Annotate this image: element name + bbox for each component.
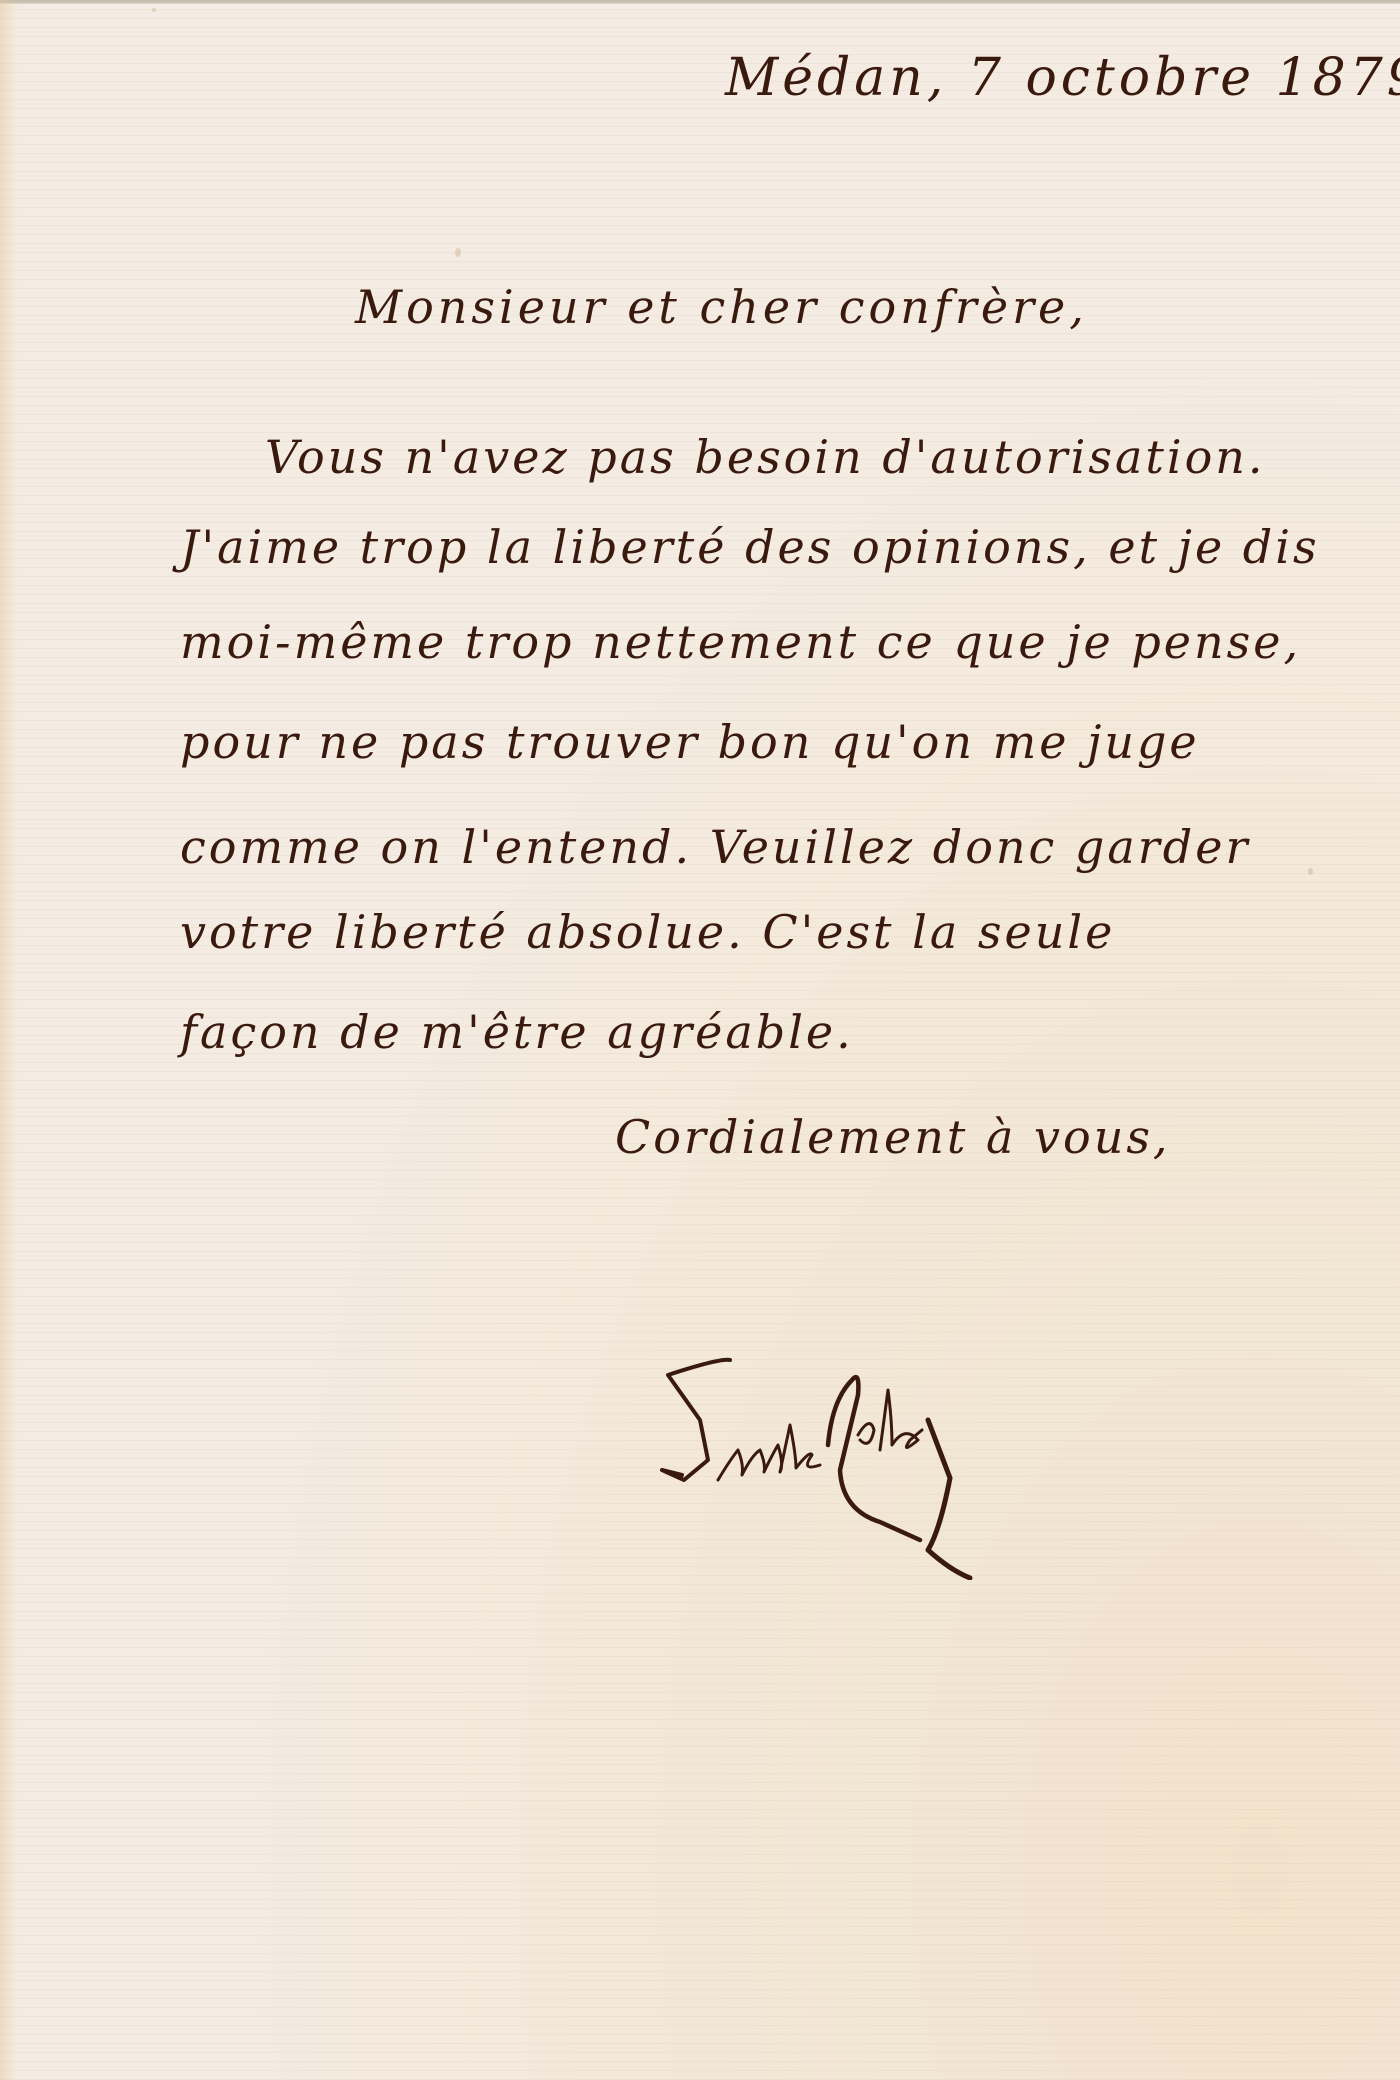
body-line: votre liberté absolue. C'est la seule	[180, 905, 1115, 959]
paper-stain	[152, 8, 156, 12]
letter-salutation: Monsieur et cher confrère,	[355, 280, 1088, 334]
paper-stain	[1308, 868, 1313, 875]
letter-closing: Cordialement à vous,	[615, 1110, 1171, 1164]
body-line: J'aime trop la liberté des opinions, et …	[180, 520, 1320, 574]
signature-icon	[660, 1240, 1220, 1580]
body-line: moi-même trop nettement ce que je pense,	[180, 615, 1301, 669]
letter-paper: Médan, 7 octobre 1879 Monsieur et cher c…	[0, 0, 1400, 2080]
body-line: façon de m'être agréable.	[180, 1005, 854, 1059]
body-line: pour ne pas trouver bon qu'on me juge	[180, 715, 1200, 769]
body-line: comme on l'entend. Veuillez donc garder	[180, 820, 1250, 874]
letter-date: Médan, 7 octobre 1879	[725, 48, 1400, 108]
paper-stain	[455, 248, 461, 257]
body-line: Vous n'avez pas besoin d'autorisation.	[265, 430, 1266, 484]
